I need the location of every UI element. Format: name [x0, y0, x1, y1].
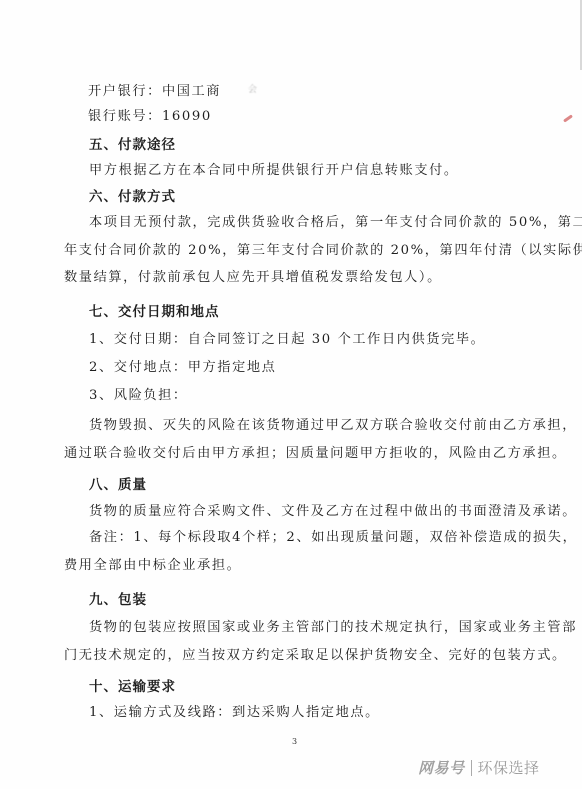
section-heading-transport: 十、运输要求 [89, 678, 176, 696]
paragraph: 3、风险负担： [89, 387, 188, 405]
bank-name-line: 开户银行：中国工商 [88, 83, 221, 101]
paragraph: 年支付合同价款的 20%，第三年支付合同价款的 20%，第四年付清（以实际供货 [64, 242, 582, 260]
account-label: 银行账号： [88, 109, 162, 124]
paragraph: 备注：1、每个标段取4个样；2、如出现质量问题，双倍补偿造成的损失， [89, 529, 577, 547]
watermark-account: 环保选择 [478, 757, 540, 778]
section-heading-payment-method: 六、付款方式 [89, 188, 176, 206]
paragraph: 货物的质量应符合采购文件、文件及乙方在过程中做出的书面澄清及承诺。 [89, 503, 577, 521]
paragraph: 1、交付日期：自合同签订之日起 30 个工作日内供货完毕。 [89, 331, 485, 349]
paragraph: 本项目无预付款，完成供货验收合格后，第一年支付合同价款的 50%，第二 [89, 214, 582, 232]
page-number: 3 [292, 737, 297, 746]
paragraph: 货物的包装应按照国家或业务主管部门的技术规定执行，国家或业务主管部 [89, 619, 577, 637]
paragraph: 甲方根据乙方在本合同中所提供银行开户信息转账支付。 [89, 162, 459, 180]
watermark: 网易号 环保选择 [418, 757, 540, 778]
account-line: 银行账号：16090 [88, 108, 212, 126]
bank-name-label: 开户银行： [88, 84, 162, 99]
paragraph: 数量结算，付款前承包人应先开具增值税发票给发包人）。 [64, 269, 442, 287]
paragraph: 费用全部由中标企业承担。 [64, 557, 241, 575]
paragraph: 1、运输方式及线路：到达采购人指定地点。 [89, 704, 380, 722]
section-heading-payment-route: 五、付款途径 [89, 136, 176, 154]
paragraph: 2、交付地点：甲方指定地点 [89, 359, 276, 377]
paragraph: 货物毁损、灭失的风险在该货物通过甲乙双方联合验收交付前由乙方承担， [89, 417, 577, 435]
watermark-brand: 网易号 [418, 757, 465, 778]
paragraph: 门无技术规定的，应当按双方约定采取足以保护货物安全、完好的包装方式。 [64, 647, 567, 665]
section-heading-quality: 八、质量 [89, 476, 147, 494]
document-page: 开户银行：中国工商 会 银行账号：16090 五、付款途径 甲方根据乙方在本合同… [0, 0, 582, 789]
red-ink-mark [563, 114, 573, 122]
bank-name-fragment: 会 [248, 81, 259, 99]
paragraph: 通过联合验收交付后由甲方承担；因质量问题甲方拒收的，风险由乙方承担。 [64, 445, 567, 463]
watermark-separator [471, 760, 472, 776]
section-heading-delivery: 七、交付日期和地点 [89, 303, 220, 321]
section-heading-packaging: 九、包装 [89, 591, 147, 609]
bank-name-value: 中国工商 [162, 84, 221, 99]
account-value: 16090 [162, 109, 212, 124]
